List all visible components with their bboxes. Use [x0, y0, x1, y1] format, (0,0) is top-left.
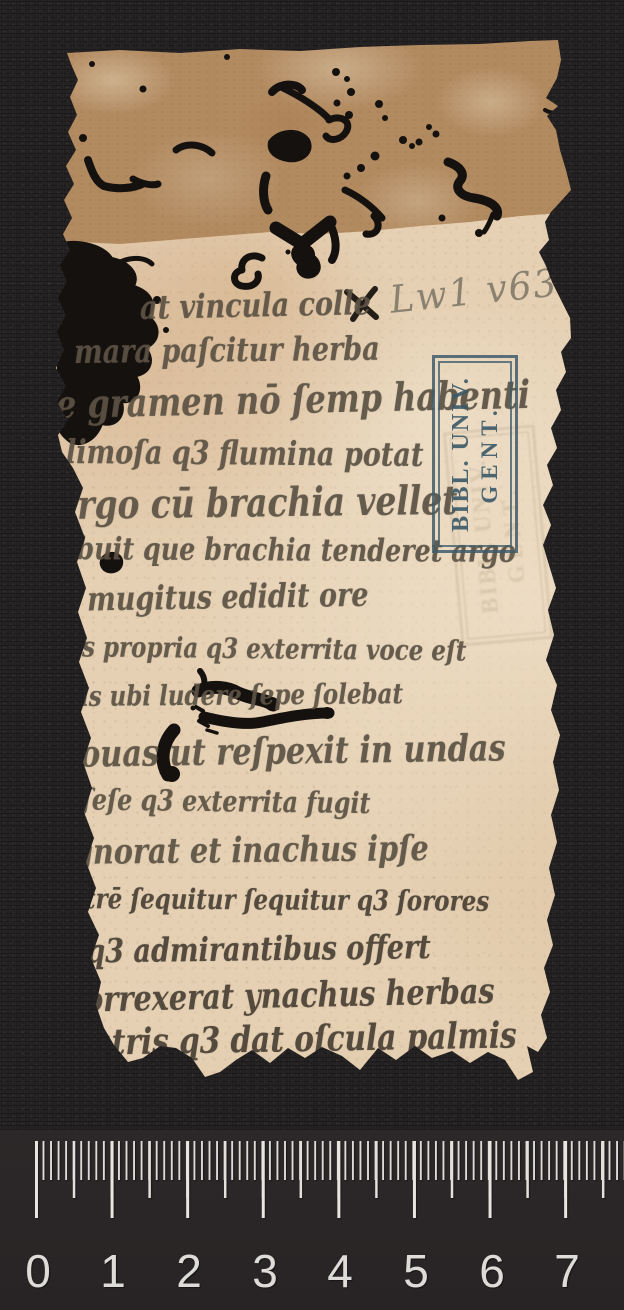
manuscript-text-line: u mugitus edidit ore [58, 575, 369, 619]
manuscript-text-line: ignorat et inachus ipſe [62, 828, 429, 873]
ruler-ticks [35, 1141, 624, 1218]
manuscript-text-line: limoſa q3 flumina potat [66, 432, 424, 474]
manuscript-text-line: nouas ut reſpexit in undas [58, 725, 506, 776]
manuscript-text-line: patris q3 dat oſcula palmis [72, 1014, 517, 1064]
photo-of-manuscript-fragment: at vincula colle mara paſcitur herba e g… [0, 0, 624, 1310]
ruler-number: 6 [470, 1248, 514, 1294]
manuscript-text-line: mara paſcitur herba [74, 329, 380, 371]
manuscript-fragment: at vincula colle mara paſcitur herba e g… [0, 0, 624, 1310]
manuscript-text-line: ſe q3 admirantibus offert [48, 927, 431, 971]
ruler-number: 2 [167, 1248, 211, 1294]
stamp-text-line1: BIBL. UNIV. [448, 376, 475, 532]
ruler-number: 7 [545, 1248, 589, 1294]
ruler-number: 3 [243, 1248, 287, 1294]
ruler-number: 1 [91, 1248, 135, 1294]
manuscript-text-line: us ubi ludere ſepe ſolebat [72, 677, 403, 713]
ruler-number: 5 [394, 1248, 438, 1294]
stamp-text-line2: GENT. [477, 404, 503, 503]
manuscript-text-line: at vincula colle [140, 283, 371, 327]
manuscript-text-line: patrē ſequitur ſequitur q3 ſorores [54, 882, 489, 918]
manuscript-text-line: ſe ſeſe q3 exterrita fugit [48, 782, 371, 820]
manuscript-text-line: argo cū brachia vellet [56, 477, 458, 529]
ruler-number: 0 [16, 1248, 60, 1294]
ruler: 0 1 2 3 4 5 6 7 [0, 1130, 624, 1310]
library-stamp: BIBL. UNIV. GENT. [432, 355, 518, 553]
manuscript-text-line: nos propria q3 exterrita voce eſt [50, 630, 467, 667]
ruler-number: 4 [318, 1248, 362, 1294]
